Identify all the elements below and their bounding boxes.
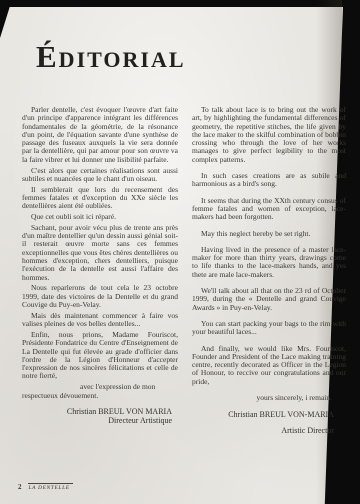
paragraph: Sachant, pour avoir vécu plus de trente … xyxy=(22,224,178,282)
signature-name: Christian BREUL VON MARIA xyxy=(22,407,172,417)
paragraph: We'll talk about all that on the 23 rd o… xyxy=(192,287,346,312)
paragraph: It seems that during the XXth century co… xyxy=(192,197,346,222)
english-column: To talk about lace is to bring out the w… xyxy=(192,106,346,435)
signature-block: Christian BREUL VON MARIA Directeur Arti… xyxy=(22,407,178,426)
closing-line: yours sincerely, i remain. xyxy=(192,394,346,402)
french-column: Parler dentelle, c'est évoquer l'œuvre d… xyxy=(22,106,178,426)
paragraph: Parler dentelle, c'est évoquer l'œuvre d… xyxy=(22,106,178,164)
paragraph: Enfin, nous prions, Madame Fouriscot, Pr… xyxy=(22,331,178,381)
paragraph: In such cases creations are as subile an… xyxy=(192,172,346,189)
page-footer: 2 LA DENTELLE xyxy=(18,483,73,492)
paragraph: Mais dès maintenant commencer à faire vo… xyxy=(22,312,178,329)
signature-block: Christian BREUL VON-MARIA Artistic Direc… xyxy=(192,410,346,435)
scan-edge-corner-left xyxy=(0,6,10,38)
scanned-magazine-page: Éditorial Parler dentelle, c'est évoquer… xyxy=(0,0,360,504)
paragraph: To talk about lace is to bring out the w… xyxy=(192,106,346,164)
signature-title: Directeur Artistique xyxy=(22,416,172,426)
signature-title: Artistic Director xyxy=(192,426,334,436)
paragraph: Nous reparlerons de tout cela le 23 octo… xyxy=(22,284,178,309)
journal-name: LA DENTELLE xyxy=(28,483,73,492)
page-number: 2 xyxy=(18,483,22,491)
paragraph: Having lived in the presence of a master… xyxy=(192,246,346,279)
paragraph: And finally, we would like Mrs. Fourisco… xyxy=(192,345,346,386)
signature-name: Christian BREUL VON-MARIA xyxy=(192,410,334,420)
scan-edge-top xyxy=(0,0,360,7)
paragraph: Il semblerait que lors du recensement de… xyxy=(22,186,178,211)
paragraph: You can start packing your bags to the r… xyxy=(192,320,346,337)
paragraph: C'est alors que certaines réalisations s… xyxy=(22,167,178,184)
paragraph: May this neglect hereby be set right. xyxy=(192,230,346,238)
paragraph: Que cet oubli soit ici réparé. xyxy=(22,213,178,221)
closing-line: avec l'expression de mon respectueux dév… xyxy=(22,383,178,400)
page-title: Éditorial xyxy=(36,39,186,75)
